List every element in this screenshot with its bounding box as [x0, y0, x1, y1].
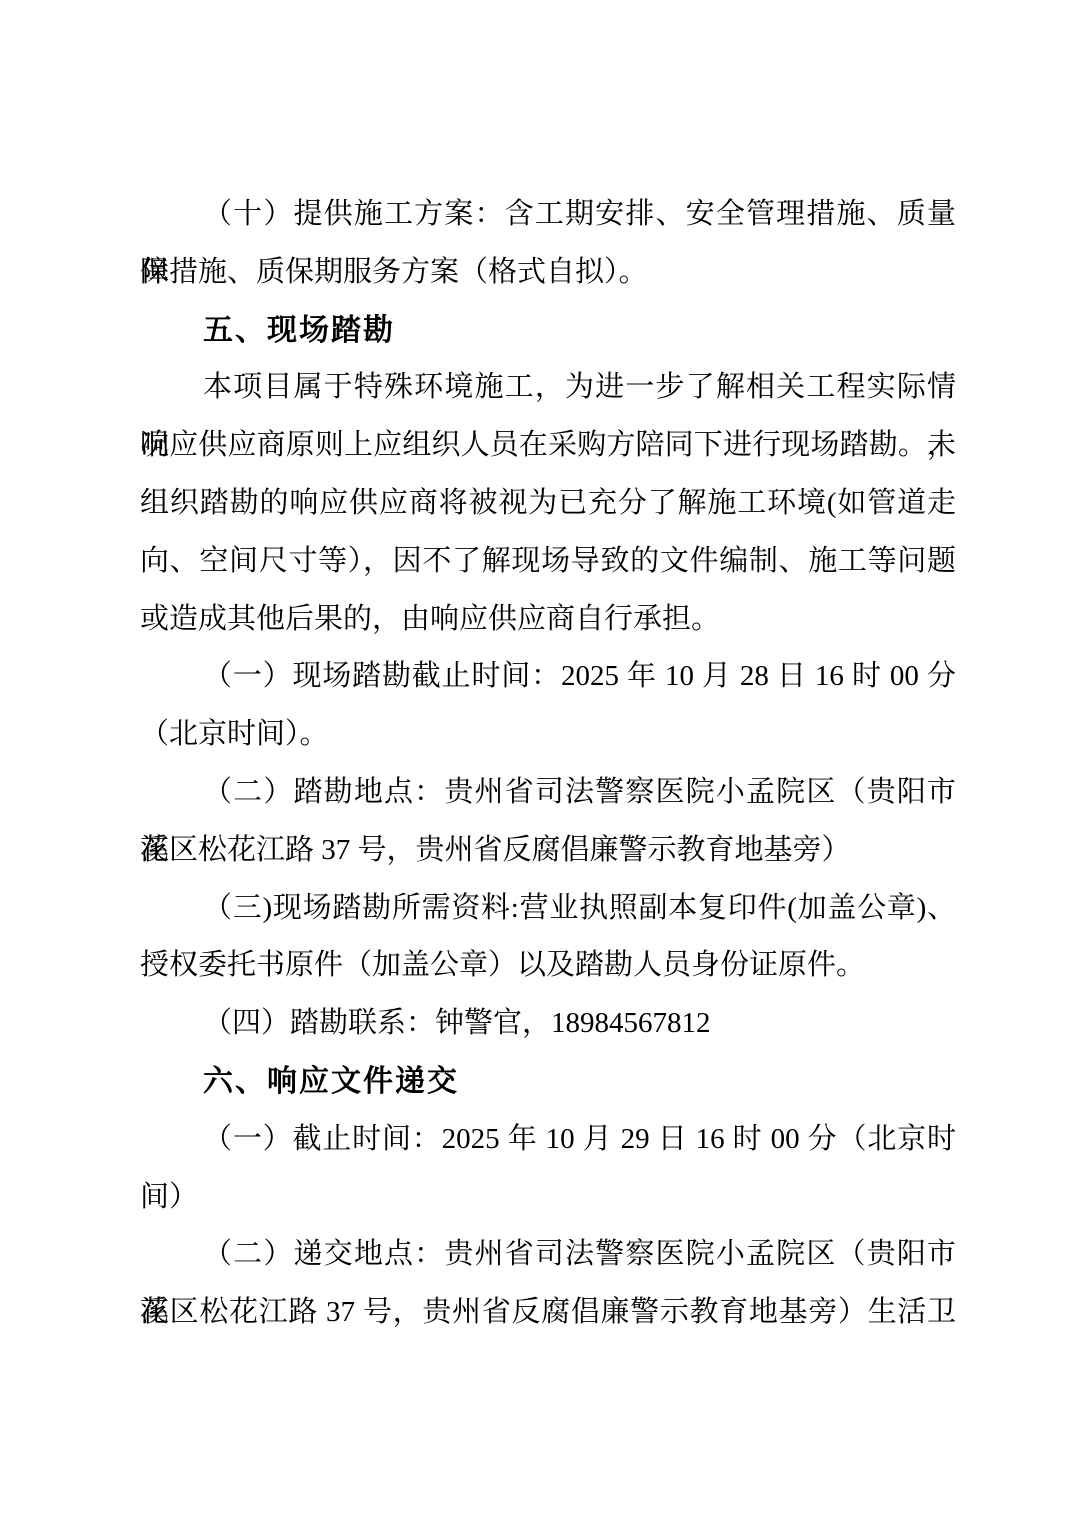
- document-line: （北京时间）。: [140, 706, 956, 764]
- document-line: 授权委托书原件（加盖公章）以及踏勘人员身份证原件。: [140, 937, 956, 995]
- document-line: （十）提供施工方案：含工期安排、安全管理措施、质量保: [140, 186, 956, 244]
- document-line: 溪区松花江路 37 号，贵州省反腐倡廉警示教育地基旁）生活卫: [140, 1284, 956, 1342]
- document-line: 障措施、质保期服务方案（格式自拟）。: [140, 244, 956, 302]
- document-line: 溪区松花江路 37 号，贵州省反腐倡廉警示教育地基旁）: [140, 822, 956, 880]
- document-page: （十）提供施工方案：含工期安排、安全管理措施、质量保 障措施、质保期服务方案（格…: [0, 0, 1074, 1520]
- document-line: （四）踏勘联系：钟警官，18984567812: [140, 995, 956, 1053]
- document-line: （二）踏勘地点：贵州省司法警察医院小孟院区（贵阳市花: [140, 764, 956, 822]
- document-line: 间）: [140, 1169, 956, 1227]
- document-line: （一）截止时间：2025 年 10 月 29 日 16 时 00 分（北京时: [140, 1111, 956, 1169]
- document-line: 组织踏勘的响应供应商将被视为已充分了解施工环境(如管道走: [140, 475, 956, 533]
- document-body: （十）提供施工方案：含工期安排、安全管理措施、质量保 障措施、质保期服务方案（格…: [140, 186, 956, 1342]
- document-line: （一）现场踏勘截止时间：2025 年 10 月 28 日 16 时 00 分: [140, 648, 956, 706]
- document-line: 向、空间尺寸等），因不了解现场导致的文件编制、施工等问题: [140, 533, 956, 591]
- document-line: 本项目属于特殊环境施工，为进一步了解相关工程实际情况，: [140, 359, 956, 417]
- section-heading-6: 六、响应文件递交: [140, 1053, 956, 1111]
- section-heading-5: 五、现场踏勘: [140, 302, 956, 360]
- document-line: （三)现场踏勘所需资料:营业执照副本复印件(加盖公章)、: [140, 880, 956, 938]
- document-line: 响应供应商原则上应组织人员在采购方陪同下进行现场踏勘。未: [140, 417, 956, 475]
- document-line: （二）递交地点：贵州省司法警察医院小孟院区（贵阳市花: [140, 1226, 956, 1284]
- document-line: 或造成其他后果的，由响应供应商自行承担。: [140, 591, 956, 649]
